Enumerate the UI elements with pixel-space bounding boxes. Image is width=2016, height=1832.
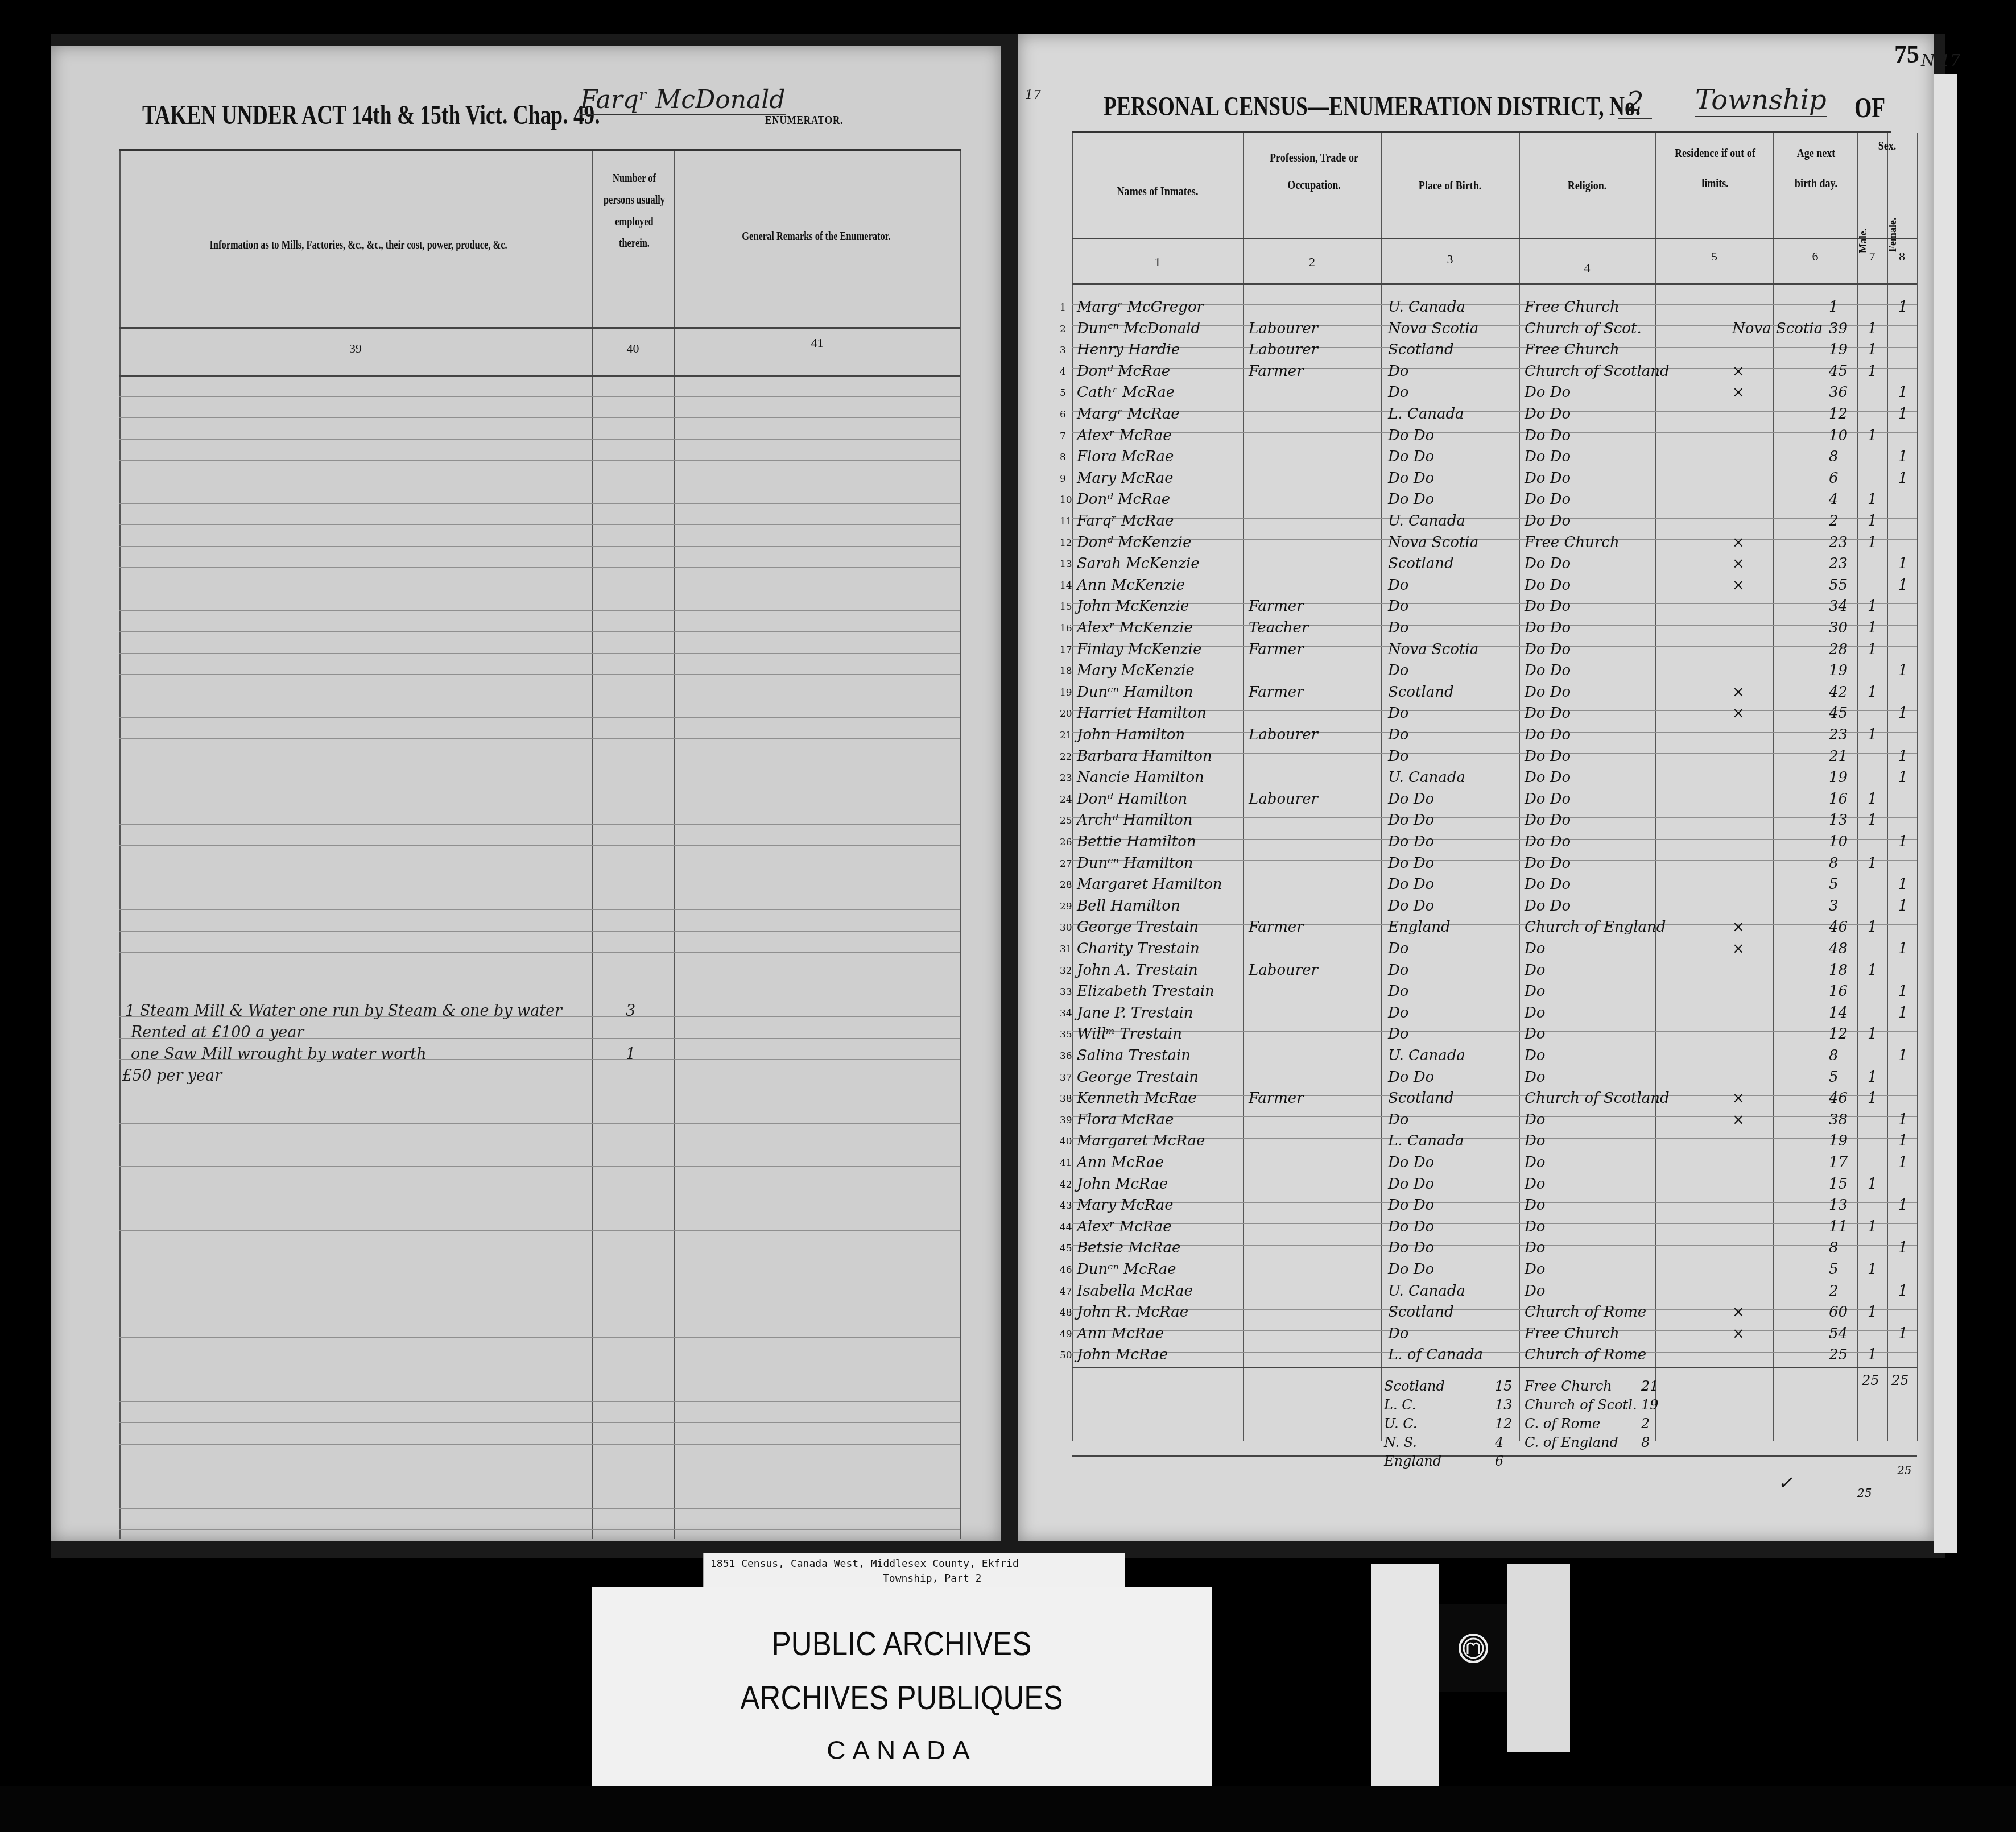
tally-label: N. S. — [1384, 1434, 1417, 1450]
cell-religion: Do Do — [1525, 876, 1571, 893]
census-row: 5Cathʳ McRaeDoDo Do×361 — [1072, 383, 1917, 404]
cell-n: 15 — [1060, 601, 1072, 613]
cell-age: 1 — [1829, 299, 1839, 316]
cell-religion: Church of Scotland — [1525, 1090, 1670, 1107]
cell-age: 16 — [1829, 791, 1848, 808]
census-row: 23Nancie HamiltonU. CanadaDo Do191 — [1072, 768, 1917, 789]
cell-religion: Do — [1525, 1154, 1546, 1171]
cell-birth: Scotland — [1388, 1304, 1454, 1321]
cell-birth: Do Do — [1388, 448, 1434, 465]
cell-religion: Do Do — [1525, 726, 1571, 743]
cell-n: 39 — [1060, 1115, 1072, 1126]
cell-age: 6 — [1829, 470, 1839, 487]
col-number-3: 3 — [1381, 252, 1519, 267]
col-header-sex: Sex. — [1862, 138, 1911, 152]
cell-female: 1 — [1898, 384, 1908, 401]
cell-religion: Free Church — [1525, 299, 1620, 316]
cell-female: 1 — [1898, 898, 1908, 915]
col-header-occupation: Profession, Trade or Occupation. — [1265, 144, 1363, 199]
cell-religion: Do — [1525, 1197, 1546, 1214]
cell-n: 5 — [1060, 387, 1066, 399]
left-page: TAKEN UNDER ACT 14th & 15th Vict. Chap. … — [51, 46, 1001, 1541]
cell-age: 23 — [1829, 555, 1848, 572]
cell-occ: Farmer — [1249, 641, 1304, 658]
census-row: 14Ann McKenzieDoDo Do×551 — [1072, 576, 1917, 597]
cell-age: 13 — [1829, 812, 1848, 829]
cell-male: 1 — [1868, 363, 1877, 380]
cell-n: 49 — [1060, 1329, 1072, 1340]
cell-birth: U. Canada — [1388, 769, 1465, 786]
archive-line-3: CANADA — [592, 1735, 1212, 1765]
cell-female: 1 — [1898, 1111, 1908, 1128]
col-number-7: 7 — [1857, 249, 1887, 264]
cell-birth: Nova Scotia — [1388, 534, 1478, 551]
mills-table: Information as to Mills, Factories, &c.,… — [119, 149, 961, 1539]
cell-birth: Do — [1388, 363, 1409, 380]
cell-n: 4 — [1060, 366, 1066, 378]
cell-female: 1 — [1898, 1197, 1908, 1214]
cell-res: × — [1732, 940, 1745, 957]
cell-female: 1 — [1898, 470, 1908, 487]
cell-res: × — [1732, 1325, 1745, 1342]
cell-name: Farqʳ McRae — [1077, 512, 1174, 530]
cell-birth: Scotland — [1388, 555, 1454, 572]
cell-female: 1 — [1898, 1154, 1908, 1171]
cell-birth: Do Do — [1388, 1239, 1434, 1256]
census-row: 3Henry HardieLabourerScotlandFree Church… — [1072, 340, 1917, 362]
total-note-b: 25 — [1897, 1463, 1911, 1477]
cell-age: 30 — [1829, 619, 1848, 636]
archive-logo-icon — [1456, 1631, 1490, 1665]
cell-age: 46 — [1829, 919, 1848, 936]
strip-line-2: Township, Part 2 — [883, 1573, 981, 1585]
cell-age: 5 — [1829, 1261, 1839, 1278]
cell-n: 37 — [1060, 1072, 1072, 1084]
census-row: 50John McRaeL. of CanadaChurch of Rome25… — [1072, 1345, 1917, 1367]
cell-name: Isabella McRae — [1077, 1283, 1193, 1300]
census-table: Names of Inmates. Profession, Trade or O… — [1072, 131, 1891, 1441]
cell-female: 1 — [1898, 299, 1908, 316]
cell-age: 45 — [1829, 363, 1848, 380]
tally-count: 15 — [1495, 1378, 1513, 1394]
cell-n: 26 — [1060, 837, 1072, 848]
tally-count: 4 — [1495, 1434, 1503, 1450]
cell-birth: U. Canada — [1388, 299, 1465, 316]
cell-res: × — [1732, 919, 1745, 936]
col-header-names: Names of Inmates. — [1088, 184, 1228, 198]
tally-count: 21 — [1641, 1378, 1659, 1394]
cell-birth: Do Do — [1388, 1261, 1434, 1278]
cell-male: 1 — [1868, 1176, 1877, 1193]
cell-male: 1 — [1868, 726, 1877, 743]
cell-male: 1 — [1868, 427, 1877, 444]
cell-religion: Do — [1525, 1176, 1546, 1193]
cell-birth: Do Do — [1388, 427, 1434, 444]
cell-female: 1 — [1898, 833, 1908, 850]
tally-label: C. of Rome — [1525, 1416, 1600, 1432]
col-number-41: 41 — [674, 336, 960, 350]
cell-male: 1 — [1868, 684, 1877, 701]
cell-religion: Church of Rome — [1525, 1304, 1646, 1321]
birth-tally-item: England6 — [1384, 1453, 1441, 1469]
check-mark: ✓ — [1778, 1472, 1793, 1494]
cell-name: Finlay McKenzie — [1077, 641, 1201, 658]
cell-name: Salina Trestain — [1077, 1047, 1191, 1064]
cell-age: 14 — [1829, 1004, 1848, 1022]
cell-birth: England — [1388, 919, 1451, 936]
cell-birth: Do — [1388, 384, 1409, 401]
cell-res: × — [1732, 705, 1745, 722]
cell-birth: Do Do — [1388, 1176, 1434, 1193]
cell-religion: Do — [1525, 1111, 1546, 1128]
census-row: 39Flora McRaeDoDo×381 — [1072, 1110, 1917, 1132]
cell-religion: Do Do — [1525, 619, 1571, 636]
cell-male: 1 — [1868, 1261, 1877, 1278]
col-divider — [960, 151, 961, 1539]
census-row: 42John McRaeDo DoDo151 — [1072, 1175, 1917, 1196]
cell-n: 47 — [1060, 1286, 1072, 1297]
cell-age: 21 — [1829, 748, 1848, 765]
cell-birth: Do Do — [1388, 898, 1434, 915]
cell-male: 1 — [1868, 919, 1877, 936]
cell-religion: Do — [1525, 1239, 1546, 1256]
cell-age: 8 — [1829, 448, 1839, 465]
cell-occ: Labourer — [1249, 791, 1318, 808]
cell-male: 1 — [1868, 598, 1877, 615]
enumerator-name: Farqʳ McDonald — [580, 85, 786, 115]
cell-religion: Do — [1525, 1132, 1546, 1149]
cell-religion: Do Do — [1525, 406, 1571, 423]
cell-birth: U. Canada — [1388, 1047, 1465, 1064]
cell-n: 13 — [1060, 559, 1072, 570]
cell-religion: Do Do — [1525, 833, 1571, 850]
cell-birth: Do — [1388, 598, 1409, 615]
cell-res: × — [1732, 1111, 1745, 1128]
census-row: 43Mary McRaeDo DoDo131 — [1072, 1196, 1917, 1217]
cell-religion: Do Do — [1525, 769, 1571, 786]
cell-res: × — [1732, 384, 1745, 401]
col-number-6: 6 — [1773, 249, 1857, 264]
cell-name: Charity Trestain — [1077, 940, 1200, 957]
cell-male: 1 — [1868, 619, 1877, 636]
census-row: 28Margaret HamiltonDo DoDo Do51 — [1072, 875, 1917, 896]
tally-label: Free Church — [1525, 1378, 1612, 1394]
col-number-4: 4 — [1519, 260, 1655, 275]
cell-n: 6 — [1060, 409, 1066, 420]
cell-name: Margaret McRae — [1077, 1132, 1205, 1149]
cell-female: 1 — [1898, 1239, 1908, 1256]
cell-name: John McRae — [1077, 1176, 1168, 1193]
cell-age: 36 — [1829, 384, 1848, 401]
cell-name: Margʳ McRae — [1077, 406, 1180, 423]
cell-n: 35 — [1060, 1029, 1072, 1040]
tally-count: 2 — [1641, 1416, 1650, 1432]
cell-name: George Trestain — [1077, 1069, 1199, 1086]
cell-n: 40 — [1060, 1136, 1072, 1147]
census-row: 26Bettie HamiltonDo DoDo Do101 — [1072, 832, 1917, 854]
cell-name: Donᵈ McKenzie — [1077, 534, 1191, 551]
cell-n: 18 — [1060, 665, 1072, 677]
cell-birth: Do Do — [1388, 833, 1434, 850]
census-row: 7Alexʳ McRaeDo DoDo Do101 — [1072, 426, 1917, 448]
cell-male: 1 — [1868, 791, 1877, 808]
ruled-lines — [119, 375, 960, 1536]
cell-female: 1 — [1898, 555, 1908, 572]
cell-n: 50 — [1060, 1350, 1072, 1361]
cell-female: 1 — [1898, 448, 1908, 465]
header-rule — [1072, 238, 1917, 239]
census-row: 32John A. TrestainLabourerDoDo181 — [1072, 961, 1917, 982]
cell-female: 1 — [1898, 1283, 1908, 1300]
col-header-religion: Religion. — [1531, 178, 1643, 192]
census-row: 9Mary McRaeDo DoDo Do61 — [1072, 469, 1917, 490]
cell-female: 1 — [1898, 1047, 1908, 1064]
cell-age: 19 — [1829, 769, 1848, 786]
archive-line-2: ARCHIVES PUBLIQUES — [638, 1678, 1166, 1717]
cell-name: Mary McKenzie — [1077, 662, 1195, 679]
cell-res: Nova Scotia — [1732, 320, 1823, 337]
cell-religion: Do Do — [1525, 384, 1571, 401]
cell-name: Elizabeth Trestain — [1077, 983, 1214, 1000]
religion-tally-item: C. of England8 — [1525, 1434, 1618, 1450]
census-row: 45Betsie McRaeDo DoDo81 — [1072, 1238, 1917, 1260]
cell-n: 9 — [1060, 473, 1066, 485]
cell-name: Jane P. Trestain — [1077, 1004, 1193, 1022]
mill-entry-2: Rented at £100 a year — [131, 1024, 304, 1041]
cell-n: 7 — [1060, 431, 1066, 442]
col-header-male: Male. — [1857, 206, 1887, 275]
tally-count: 12 — [1495, 1416, 1513, 1432]
census-row: 34Jane P. TrestainDoDo141 — [1072, 1003, 1917, 1025]
col-header-residence: Residence if out of limits. — [1671, 138, 1759, 198]
cell-birth: Do Do — [1388, 812, 1434, 829]
census-row: 6Margʳ McRaeL. CanadaDo Do121 — [1072, 404, 1917, 426]
cell-male: 1 — [1868, 1218, 1877, 1235]
cell-age: 4 — [1829, 491, 1839, 508]
cell-birth: Do Do — [1388, 1197, 1434, 1214]
cell-n: 28 — [1060, 879, 1072, 891]
cell-n: 29 — [1060, 901, 1072, 912]
cell-occ: Labourer — [1249, 341, 1318, 358]
microfilm-label-strip: 1851 Census, Canada West, Middlesex Coun… — [703, 1553, 1125, 1588]
census-row: 15John McKenzieFarmerDoDo Do341 — [1072, 597, 1917, 618]
cell-occ: Labourer — [1249, 962, 1318, 979]
mill-entry-4: £50 per year — [122, 1067, 222, 1085]
cell-name: Donᵈ Hamilton — [1077, 791, 1187, 808]
cell-n: 36 — [1060, 1051, 1072, 1062]
corner-mark: 17 — [1025, 88, 1041, 102]
census-row: 35Willᵐ TrestainDoDo121 — [1072, 1024, 1917, 1046]
cell-male: 1 — [1868, 320, 1877, 337]
cell-religion: Do — [1525, 1025, 1546, 1043]
right-page: 17 75 N 17 PERSONAL CENSUS—ENUMERATION D… — [1018, 34, 1934, 1541]
cell-n: 22 — [1060, 751, 1072, 763]
cell-age: 3 — [1829, 898, 1839, 915]
cell-n: 34 — [1060, 1008, 1072, 1019]
cell-age: 19 — [1829, 1132, 1848, 1149]
cell-birth: Do Do — [1388, 876, 1434, 893]
cell-religion: Church of Scot. — [1525, 320, 1642, 337]
cell-religion: Free Church — [1525, 341, 1620, 358]
cell-name: Harriet Hamilton — [1077, 705, 1207, 722]
cell-occ: Farmer — [1249, 919, 1304, 936]
cell-n: 23 — [1060, 772, 1072, 784]
cell-name: Dunᶜⁿ McDonald — [1077, 320, 1200, 337]
census-row: 24Donᵈ HamiltonLabourerDo DoDo Do161 — [1072, 789, 1917, 811]
cell-religion: Free Church — [1525, 1325, 1620, 1342]
cell-birth: Do — [1388, 983, 1409, 1000]
cell-religion: Do Do — [1525, 641, 1571, 658]
cell-female: 1 — [1898, 577, 1908, 594]
census-row: 18Mary McKenzieDoDo Do191 — [1072, 661, 1917, 683]
census-row: 22Barbara HamiltonDoDo Do211 — [1072, 747, 1917, 768]
census-row: 30George TrestainFarmerEnglandChurch of … — [1072, 917, 1917, 939]
tally-label: Scotland — [1384, 1378, 1445, 1394]
cell-age: 18 — [1829, 962, 1848, 979]
cell-name: Sarah McKenzie — [1077, 555, 1200, 572]
total-male: 25 — [1862, 1372, 1879, 1388]
cell-male: 1 — [1868, 1304, 1877, 1321]
cell-name: George Trestain — [1077, 919, 1199, 936]
census-row: 19Dunᶜⁿ HamiltonFarmerScotlandDo Do×421 — [1072, 683, 1917, 704]
cell-religion: Do Do — [1525, 577, 1571, 594]
mill-employed-3: 1 — [626, 1045, 635, 1063]
cell-male: 1 — [1868, 1346, 1877, 1363]
cell-occ: Labourer — [1249, 320, 1318, 337]
cell-birth: Scotland — [1388, 684, 1454, 701]
cell-res: × — [1732, 1304, 1745, 1321]
census-row: 48John R. McRaeScotlandChurch of Rome×60… — [1072, 1302, 1917, 1324]
cell-n: 10 — [1060, 494, 1072, 506]
cell-age: 5 — [1829, 1069, 1839, 1086]
col-header-age: Age next birth day. — [1784, 138, 1848, 198]
cell-male: 1 — [1868, 341, 1877, 358]
cell-female: 1 — [1898, 876, 1908, 893]
cell-female: 1 — [1898, 940, 1908, 957]
cell-occ: Labourer — [1249, 726, 1318, 743]
cell-religion: Do Do — [1525, 898, 1571, 915]
cell-birth: Do — [1388, 748, 1409, 765]
census-row: 36Salina TrestainU. CanadaDo81 — [1072, 1046, 1917, 1068]
cell-male: 1 — [1868, 1090, 1877, 1107]
cell-n: 11 — [1060, 516, 1072, 527]
cell-birth: Do Do — [1388, 791, 1434, 808]
cell-name: Ann McRae — [1077, 1154, 1164, 1171]
cell-age: 11 — [1829, 1218, 1848, 1235]
cell-female: 1 — [1898, 406, 1908, 423]
cell-n: 12 — [1060, 537, 1072, 549]
census-row: 12Donᵈ McKenzieNova ScotiaFree Church×23… — [1072, 533, 1917, 555]
cell-religion: Do — [1525, 962, 1546, 979]
cell-female: 1 — [1898, 1325, 1908, 1342]
cell-name: Alexʳ McKenzie — [1077, 619, 1193, 636]
census-row: 11Farqʳ McRaeU. CanadaDo Do21 — [1072, 511, 1917, 533]
cell-religion: Do Do — [1525, 705, 1571, 722]
cell-age: 25 — [1829, 1346, 1848, 1363]
cell-age: 19 — [1829, 341, 1848, 358]
cell-age: 12 — [1829, 406, 1848, 423]
cell-birth: Nova Scotia — [1388, 641, 1478, 658]
cell-n: 42 — [1060, 1179, 1072, 1190]
strip-line-1: 1851 Census, Canada West, Middlesex Coun… — [710, 1558, 1019, 1570]
cell-male: 1 — [1868, 812, 1877, 829]
cell-age: 23 — [1829, 726, 1848, 743]
cell-name: Dunᶜⁿ Hamilton — [1077, 855, 1193, 872]
cell-n: 16 — [1060, 623, 1072, 634]
cell-birth: Do Do — [1388, 1218, 1434, 1235]
cell-birth: Do — [1388, 662, 1409, 679]
cell-n: 20 — [1060, 708, 1072, 719]
cell-age: 17 — [1829, 1154, 1848, 1171]
cell-birth: Do Do — [1388, 491, 1434, 508]
cell-religion: Do — [1525, 1004, 1546, 1022]
census-row: 38Kenneth McRaeFarmerScotlandChurch of S… — [1072, 1089, 1917, 1110]
cell-birth: Do — [1388, 705, 1409, 722]
cell-occ: Farmer — [1249, 598, 1304, 615]
cell-n: 27 — [1060, 858, 1072, 870]
cell-n: 38 — [1060, 1093, 1072, 1105]
religion-tally-item: C. of Rome2 — [1525, 1416, 1600, 1432]
census-row: 8Flora McRaeDo DoDo Do81 — [1072, 447, 1917, 469]
cell-name: Kenneth McRae — [1077, 1090, 1197, 1107]
tally-label: England — [1384, 1453, 1441, 1469]
census-row: 41Ann McRaeDo DoDo171 — [1072, 1153, 1917, 1175]
cell-age: 10 — [1829, 427, 1848, 444]
cell-age: 16 — [1829, 983, 1848, 1000]
cell-birth: U. Canada — [1388, 512, 1465, 530]
cell-name: Betsie McRae — [1077, 1239, 1181, 1256]
cell-male: 1 — [1868, 641, 1877, 658]
cell-name: Alexʳ McRae — [1077, 1218, 1172, 1235]
census-row: 44Alexʳ McRaeDo DoDo111 — [1072, 1217, 1917, 1239]
cell-n: 24 — [1060, 794, 1072, 805]
cell-age: 2 — [1829, 1283, 1839, 1300]
mill-employed-1: 3 — [626, 1002, 635, 1020]
census-row: 33Elizabeth TrestainDoDo161 — [1072, 982, 1917, 1003]
cell-birth: Do — [1388, 1111, 1409, 1128]
film-bottom-band — [0, 1786, 2016, 1832]
cell-religion: Do Do — [1525, 470, 1571, 487]
cell-religion: Do Do — [1525, 598, 1571, 615]
page-edge — [1934, 74, 1957, 1553]
census-row: 2Dunᶜⁿ McDonaldLabourerNova ScotiaChurch… — [1072, 319, 1917, 341]
census-row: 13Sarah McKenzieScotlandDo Do×231 — [1072, 554, 1917, 576]
census-row: 37George TrestainDo DoDo51 — [1072, 1068, 1917, 1089]
cell-age: 42 — [1829, 684, 1848, 701]
tally-count: 19 — [1641, 1397, 1659, 1413]
col-number-8: 8 — [1887, 249, 1917, 264]
tape-strip — [1507, 1564, 1570, 1752]
cell-name: Mary McRae — [1077, 1197, 1174, 1214]
cell-religion: Do Do — [1525, 684, 1571, 701]
tally-label: Church of Scotl. — [1525, 1397, 1637, 1413]
cell-birth: Do Do — [1388, 1154, 1434, 1171]
cell-n: 3 — [1060, 345, 1066, 356]
tally-count: 6 — [1495, 1453, 1503, 1469]
col-header-employed: Number of persons usually employed there… — [602, 168, 667, 254]
cell-religion: Do Do — [1525, 662, 1571, 679]
township-name: Township — [1695, 84, 1827, 117]
cell-age: 8 — [1829, 1239, 1839, 1256]
birth-tally-item: N. S.4 — [1384, 1434, 1417, 1450]
cell-name: John Hamilton — [1077, 726, 1185, 743]
cell-n: 8 — [1060, 452, 1066, 463]
religion-tally-item: Church of Scotl.19 — [1525, 1397, 1637, 1413]
cell-age: 5 — [1829, 876, 1839, 893]
district-number: 2 — [1618, 86, 1652, 119]
cell-n: 1 — [1060, 302, 1066, 313]
cell-name: Willᵐ Trestain — [1077, 1025, 1182, 1043]
